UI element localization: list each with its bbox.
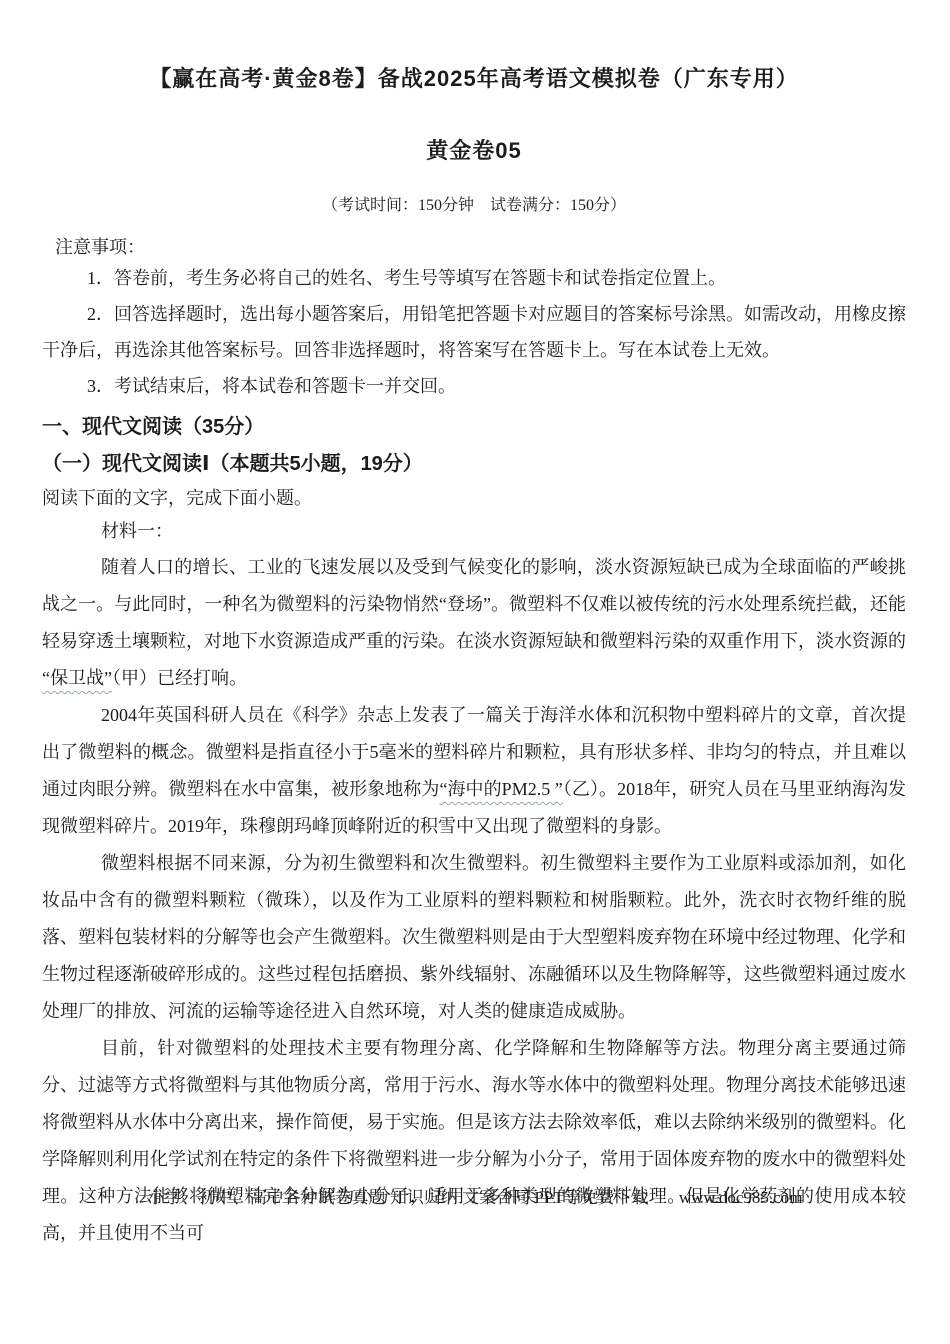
wavy-underline-text: “海中的PM2.5 ” <box>439 779 562 799</box>
passage-paragraph-4: 目前，针对微塑料的处理技术主要有物理分离、化学降解和生物降解等方法。物理分离主要… <box>42 1030 906 1252</box>
footer-promo-text: 小学、初中、高中各种试卷真题 知识归纳 文案合同 PPT等免费下载 <box>148 1188 649 1207</box>
reading-instruction: 阅读下面的文字，完成下面小题。 <box>42 483 906 513</box>
passage-paragraph-3: 微塑料根据不同来源，分为初生微塑料和次生微塑料。初生微塑料主要作为工业原料或添加… <box>42 845 906 1030</box>
paragraph-text: 随着人口的增长、工业的飞速发展以及受到气候变化的影响，淡水资源短缺已成为全球面临… <box>42 557 906 651</box>
notice-item-3: 3．考试结束后，将本试卷和答题卡一并交回。 <box>42 368 906 404</box>
wavy-underline-text: “保卫战” <box>42 668 112 688</box>
section-heading: 一、现代文阅读（35分） <box>42 412 906 442</box>
paper-title: 【赢在高考·黄金8卷】备战2025年高考语文模拟卷（广东专用） <box>42 64 906 94</box>
paragraph-text: （甲）已经打响。 <box>112 668 247 688</box>
passage-paragraph-1: 随着人口的增长、工业的飞速发展以及受到气候变化的影响，淡水资源短缺已成为全球面临… <box>42 549 906 697</box>
notice-item-1: 1．答卷前，考生务必将自己的姓名、考生号等填写在答题卡和试卷指定位置上。 <box>42 260 906 296</box>
notice-heading: 注意事项： <box>55 234 906 260</box>
exam-paper-page: 【赢在高考·黄金8卷】备战2025年高考语文模拟卷（广东专用） 黄金卷05 （考… <box>0 0 950 1344</box>
material-label: 材料一： <box>42 513 906 549</box>
paragraph-text: 微塑料根据不同来源，分为初生微塑料和次生微塑料。初生微塑料主要作为工业原料或添加… <box>42 853 906 1021</box>
subsection-heading: （一）现代文阅读Ⅰ（本题共5小题，19分） <box>42 449 906 479</box>
page-footer: 小学、初中、高中各种试卷真题 知识归纳 文案合同 PPT等免费下载 www.do… <box>0 1186 950 1210</box>
notice-item-2: 2．回答选择题时，选出每小题答案后，用铅笔把答题卡对应题目的答案标号涂黑。如需改… <box>42 296 906 368</box>
paragraph-text: 目前，针对微塑料的处理技术主要有物理分离、化学降解和生物降解等方法。物理分离主要… <box>42 1038 906 1243</box>
passage-paragraph-2: 2004年英国科研人员在《科学》杂志上发表了一篇关于海洋水体和沉积物中塑料碎片的… <box>42 697 906 845</box>
exam-info: （考试时间：150分钟 试卷满分：150分） <box>42 196 906 216</box>
footer-site-url[interactable]: www.doc985.com <box>679 1188 803 1207</box>
paper-subtitle: 黄金卷05 <box>42 138 906 164</box>
